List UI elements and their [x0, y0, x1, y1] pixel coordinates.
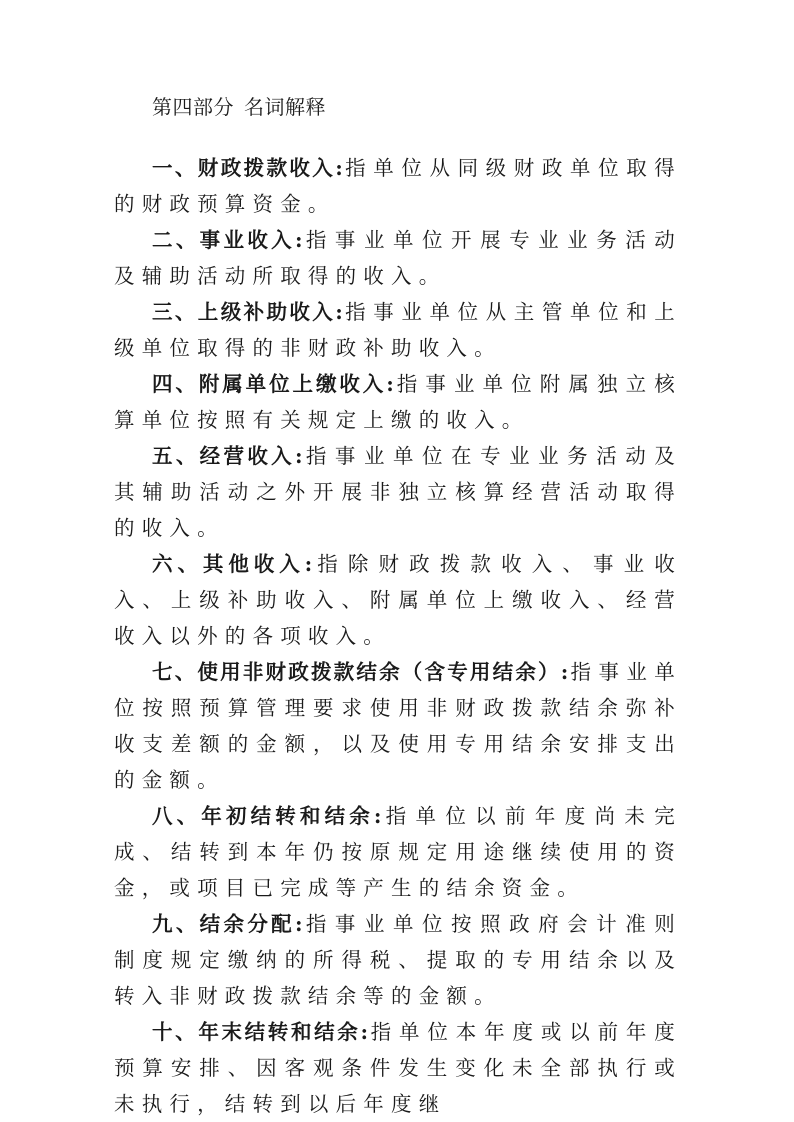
definition-item: 二、事业收入:指事业单位开展专业业务活动及辅助活动所取得的收入。	[114, 222, 682, 294]
definitions-list: 一、财政拨款收入:指单位从同级财政单位取得的财政预算资金。 二、事业收入:指事业…	[114, 150, 682, 1122]
definition-term: 八、年初结转和结余:	[152, 804, 383, 828]
definition-term: 一、财政拨款收入:	[152, 156, 345, 180]
definition-term: 四、附属单位上缴收入:	[152, 372, 396, 396]
definition-item: 一、财政拨款收入:指单位从同级财政单位取得的财政预算资金。	[114, 150, 682, 222]
definition-item: 八、年初结转和结余:指单位以前年度尚未完成、结转到本年仍按原规定用途继续使用的资…	[114, 798, 682, 906]
definition-term: 九、结余分配:	[152, 912, 305, 936]
definition-item: 十、年末结转和结余:指单位本年度或以前年度预算安排、因客观条件发生变化未全部执行…	[114, 1014, 682, 1122]
definition-term: 二、事业收入:	[152, 228, 305, 252]
definition-term: 五、经营收入:	[152, 444, 305, 468]
document-page: 第四部分名词解释 一、财政拨款收入:指单位从同级财政单位取得的财政预算资金。 二…	[114, 92, 682, 1122]
definition-term: 六、其他收入:	[152, 552, 314, 576]
definition-item: 六、其他收入:指除财政拨款收入、事业收入、上级补助收入、附属单位上缴收入、经营收…	[114, 546, 682, 654]
definition-item: 五、经营收入:指事业单位在专业业务活动及其辅助活动之外开展非独立核算经营活动取得…	[114, 438, 682, 546]
section-title-part: 第四部分	[152, 95, 234, 119]
definition-item: 四、附属单位上缴收入:指事业单位附属独立核算单位按照有关规定上缴的收入。	[114, 366, 682, 438]
section-title-name: 名词解释	[244, 95, 326, 119]
definition-term: 三、上级补助收入:	[152, 300, 345, 324]
section-title: 第四部分名词解释	[152, 92, 682, 122]
definition-item: 三、上级补助收入:指事业单位从主管单位和上级单位取得的非财政补助收入。	[114, 294, 682, 366]
definition-term: 七、使用非财政拨款结余（含专用结余）:	[152, 660, 570, 684]
definition-item: 七、使用非财政拨款结余（含专用结余）:指事业单位按照预算管理要求使用非财政拨款结…	[114, 654, 682, 798]
definition-term: 十、年末结转和结余:	[152, 1020, 370, 1044]
definition-item: 九、结余分配:指事业单位按照政府会计准则制度规定缴纳的所得税、提取的专用结余以及…	[114, 906, 682, 1014]
